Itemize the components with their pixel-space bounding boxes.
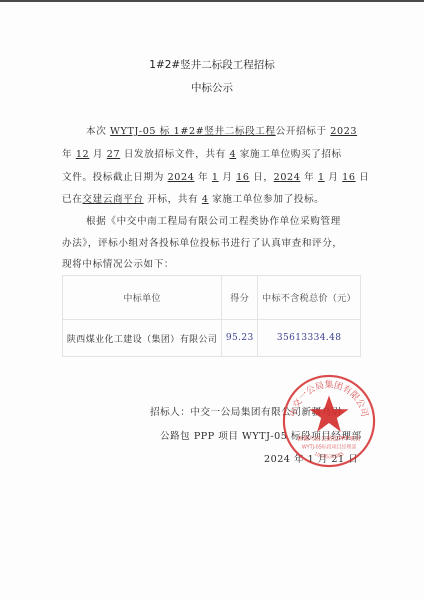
- deadline-year: 2024: [168, 172, 195, 183]
- award-table: 中标单位 得分 中标不含税总价（元） 陕西煤业化工建设（集团）有限公司 95.2…: [62, 275, 361, 357]
- text: 本次: [86, 126, 110, 137]
- svg-text:新疆乌尉公路包PPP项目: 新疆乌尉公路包PPP项目: [297, 435, 361, 443]
- paragraph1-line3: 文件。投标截止日期为 2024 年 1 月 16 日，2024 年 1 月 16…: [62, 169, 362, 183]
- header-price: 中标不含税总价（元）: [258, 276, 361, 320]
- svg-text:WYTJ-05标段项目经理部: WYTJ-05标段项目经理部: [302, 443, 356, 450]
- opening-year: 2024: [274, 172, 301, 183]
- opening-day: 16: [342, 172, 355, 183]
- paragraph2-line1: 根据《中交中南工程局有限公司工程类协作单位采购管理: [86, 213, 386, 227]
- paragraph1-line4: 已在交建云商平台 开标，共有 4 家施工单位参加了投标。: [62, 191, 362, 205]
- text: 开标，共有: [144, 194, 202, 205]
- winner-score: 95.23: [222, 320, 258, 357]
- issue-day: 27: [107, 149, 120, 160]
- bidder-count: 4: [202, 194, 209, 205]
- header-winner: 中标单位: [63, 276, 222, 320]
- top-border: [0, 0, 424, 2]
- bid-number: WYTJ-05 标 1#2#竖井二标段工程: [110, 126, 276, 137]
- text: 家施工单位参加了投标。: [209, 194, 325, 205]
- document-subtitle: 中标公示: [0, 80, 424, 95]
- text: 月: [219, 172, 237, 183]
- table-header-row: 中标单位 得分 中标不含税总价（元）: [63, 276, 361, 320]
- paragraph2-line3: 现将中标情况公示如下：: [62, 256, 362, 270]
- text: 日: [356, 172, 370, 183]
- winner-price: 35613334.48: [258, 320, 361, 357]
- text: 公开招标于: [276, 126, 331, 137]
- text: 已在: [62, 194, 82, 205]
- deadline-day: 16: [236, 172, 249, 183]
- official-seal-icon: 中交一公局集团有限公司 新疆乌尉公路包PPP项目 WYTJ-05标段项目经理部 …: [280, 372, 378, 470]
- document-title: 1#2#竖井二标段工程招标: [0, 57, 424, 72]
- paragraph2-line2: 办法》，评标小组对各投标单位投标书进行了认真审查和评分，: [62, 235, 362, 249]
- text: 月: [89, 149, 107, 160]
- deadline-month: 1: [212, 172, 219, 183]
- opening-month: 1: [318, 172, 325, 183]
- header-score: 得分: [222, 276, 258, 320]
- issue-year: 2023: [330, 126, 357, 137]
- text: 文件。投标截止日期为: [62, 172, 168, 183]
- svg-text:1018532085: 1018532085: [313, 451, 345, 460]
- text: 年: [194, 172, 212, 183]
- text: 年: [300, 172, 318, 183]
- platform-name: 交建云商平台: [82, 194, 143, 205]
- text: 家施工单位购买了招标: [236, 149, 342, 160]
- paragraph1-line1: 本次 WYTJ-05 标 1#2#竖井二标段工程公开招标于 2023: [86, 123, 386, 137]
- text: 日发放招标文件，共有: [120, 149, 229, 160]
- text: 月: [325, 172, 343, 183]
- issue-month: 12: [76, 149, 89, 160]
- winner-name: 陕西煤业化工建设（集团）有限公司: [63, 320, 222, 357]
- text: 日，: [250, 172, 274, 183]
- text: 年: [62, 149, 76, 160]
- paragraph1-line2: 年 12 月 27 日发放招标文件，共有 4 家施工单位购买了招标: [62, 146, 362, 160]
- table-row: 陕西煤业化工建设（集团）有限公司 95.23 35613334.48: [63, 320, 361, 357]
